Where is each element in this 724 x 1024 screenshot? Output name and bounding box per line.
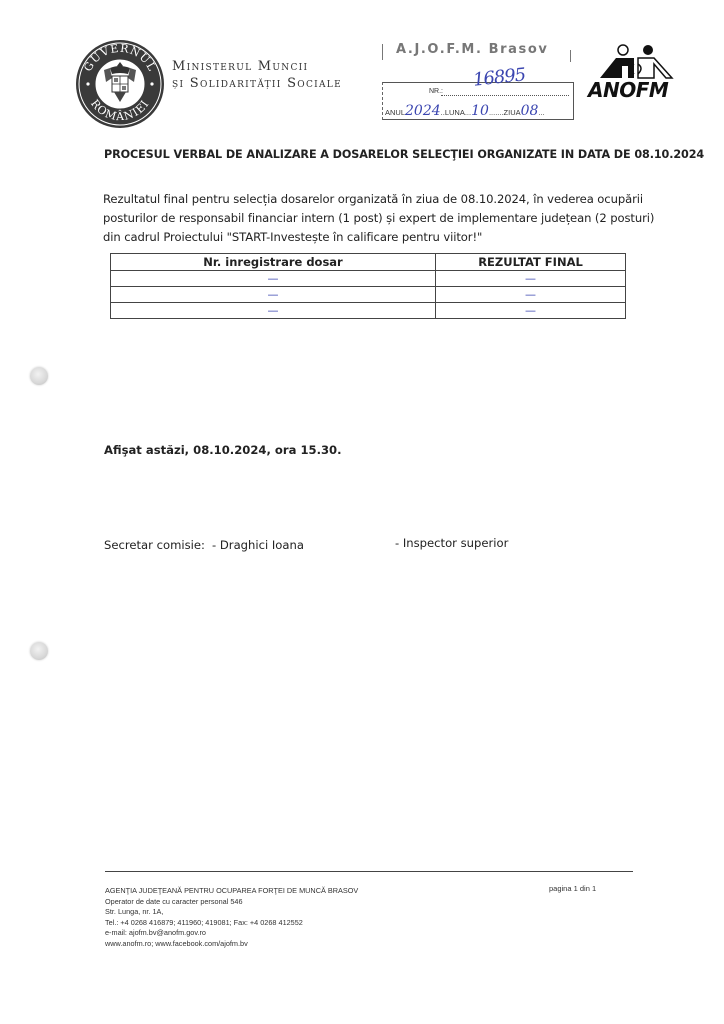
footer-agency-name: AGENŢIA JUDEŢEANĂ PENTRU OCUPAREA FORŢEI… xyxy=(105,886,358,897)
column-header-registration-number: Nr. inregistrare dosar xyxy=(111,254,436,271)
posted-notice: Afişat astăzi, 08.10.2024, ora 15.30. xyxy=(104,443,342,457)
table-row: — — xyxy=(111,271,626,287)
column-header-final-result: REZULTAT FINAL xyxy=(436,254,626,271)
secretary-role: - Inspector superior xyxy=(395,536,508,550)
footer-address: Str. Lunga, nr. 1A, xyxy=(105,907,358,918)
intro-line: din cadrul Proiectului "START-Investește… xyxy=(103,228,630,247)
stamp-month-label: LUNA xyxy=(445,108,465,117)
footer-operator: Operator de date cu caracter personal 54… xyxy=(105,897,358,908)
anofm-logo-text: ANOFM xyxy=(588,78,668,102)
stamp-box: NR.: 16895 ANUL2024..LUNA...10.......ZIU… xyxy=(382,82,574,120)
secretary-signature-line: Secretar comisie: - Draghici Ioana - Ins… xyxy=(104,538,205,552)
ministry-line-1: Ministerul Muncii xyxy=(172,58,342,75)
footer-email: e-mail: ajofm.bv@anofm.gov.ro xyxy=(105,928,358,939)
stamp-divider xyxy=(382,44,383,60)
registration-number-cell: — xyxy=(111,271,436,287)
anofm-logo: ANOFM xyxy=(588,42,688,104)
stamp-year-value: 2024 xyxy=(405,103,441,119)
stamp-divider xyxy=(570,50,571,62)
secretary-name: - Draghici Ioana xyxy=(212,538,304,552)
intro-line: posturilor de responsabil financiar inte… xyxy=(103,209,630,228)
footer-divider xyxy=(105,871,633,872)
intro-line: Rezultatul final pentru selecția dosarel… xyxy=(103,190,630,209)
stamp-nr-label: NR.: xyxy=(429,88,443,95)
stamp-title: A.J.O.F.M. Brasov xyxy=(396,42,548,57)
final-result-cell: — xyxy=(436,287,626,303)
table-row: — — xyxy=(111,303,626,319)
stamp-day-value: 08 xyxy=(521,103,539,119)
ministry-name: Ministerul Muncii și Solidarității Socia… xyxy=(172,58,342,92)
government-seal: GUVERNUL ROMÂNIEI xyxy=(74,38,166,130)
registration-number-cell: — xyxy=(111,303,436,319)
punch-hole xyxy=(30,367,48,385)
registration-stamp: A.J.O.F.M. Brasov NR.: 16895 ANUL2024..L… xyxy=(380,42,578,122)
intro-paragraph: Rezultatul final pentru selecția dosarel… xyxy=(103,190,630,247)
footer-contact-info: AGENŢIA JUDEŢEANĂ PENTRU OCUPAREA FORŢEI… xyxy=(105,886,358,949)
stamp-nr-line xyxy=(441,95,569,96)
stamp-date-row: ANUL2024..LUNA...10.......ZIUA08... xyxy=(385,103,545,120)
document-title: PROCESUL VERBAL DE ANALIZARE A DOSARELOR… xyxy=(104,148,704,161)
stamp-year-label: ANUL xyxy=(385,108,405,117)
page-number: pagina 1 din 1 xyxy=(549,884,596,893)
ministry-line-2: și Solidarității Sociale xyxy=(172,75,342,92)
stamp-nr-value: 16895 xyxy=(472,64,526,90)
anofm-people-icon xyxy=(588,42,688,80)
punch-hole xyxy=(30,642,48,660)
table-row: — — xyxy=(111,287,626,303)
footer-phone: Tel.: +4 0268 416879; 411960; 419081; Fa… xyxy=(105,918,358,929)
stamp-day-label: ZIUA xyxy=(504,108,521,117)
registration-number-cell: — xyxy=(111,287,436,303)
results-table: Nr. inregistrare dosar REZULTAT FINAL — … xyxy=(110,253,626,319)
table-header-row: Nr. inregistrare dosar REZULTAT FINAL xyxy=(111,254,626,271)
romanian-coat-of-arms-icon: GUVERNUL ROMÂNIEI xyxy=(74,38,166,130)
final-result-cell: — xyxy=(436,303,626,319)
final-result-cell: — xyxy=(436,271,626,287)
stamp-month-value: 10 xyxy=(471,103,489,119)
secretary-label: Secretar comisie: xyxy=(104,538,205,552)
footer-websites: www.anofm.ro; www.facebook.com/ajofm.bv xyxy=(105,939,358,950)
